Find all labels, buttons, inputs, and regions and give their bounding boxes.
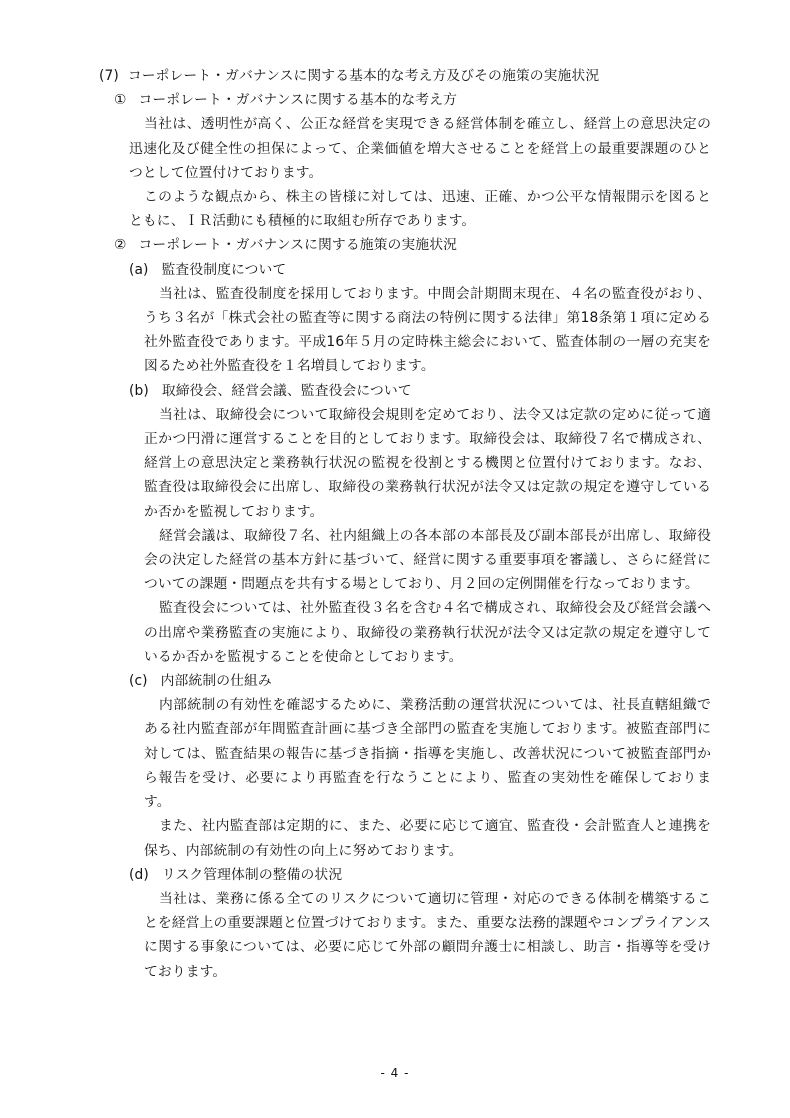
document-page: (7)コーポレート・ガバナンスに関する基本的な考え方及びその施策の実施状況①コー…: [0, 0, 790, 1118]
page-number: - 4 -: [0, 1066, 790, 1080]
para-basic-policy-1: 当社は、透明性が高く、公正な経営を実現できる経営体制を確立し、経営上の意思決定の…: [129, 112, 711, 185]
heading-circle2-implementation: ②コーポレート・ガバナンスに関する施策の実施状況: [114, 233, 711, 257]
heading-a-auditor-system: (a)監査役制度について: [129, 258, 711, 282]
document-body: (7)コーポレート・ガバナンスに関する基本的な考え方及びその施策の実施状況①コー…: [99, 64, 711, 984]
para-board-of-directors: 当社は、取締役会について取締役会規則を定めており、法令又は定款の定めに従って適正…: [144, 403, 711, 524]
para-risk-management: 当社は、業務に係る全てのリスクについて適切に管理・対応のできる体制を構築すること…: [144, 887, 711, 984]
section-label: (b): [129, 383, 149, 399]
section-label: ①: [114, 92, 126, 108]
section-label: (a): [129, 262, 149, 278]
heading-text: 監査役制度について: [162, 262, 287, 278]
section-label: (c): [129, 673, 148, 689]
heading-text: 内部統制の仕組み: [161, 673, 272, 689]
heading-b-board-meetings: (b)取締役会、経営会議、監査役会について: [129, 379, 711, 403]
heading-text: コーポレート・ガバナンスに関する施策の実施状況: [138, 237, 457, 253]
heading-text: コーポレート・ガバナンスに関する基本的な考え方: [138, 92, 457, 108]
heading-c-internal-control: (c)内部統制の仕組み: [129, 669, 711, 693]
heading-7-corporate-governance: (7)コーポレート・ガバナンスに関する基本的な考え方及びその施策の実施状況: [99, 64, 711, 88]
para-auditor-board: 監査役会については、社外監査役３名を含む４名で構成され、取締役会及び経営会議への…: [144, 596, 711, 669]
section-label: (7): [99, 68, 119, 84]
heading-text: コーポレート・ガバナンスに関する基本的な考え方及びその施策の実施状況: [128, 68, 599, 84]
para-auditor-system: 当社は、監査役制度を採用しております。中間会計期間末現在、４名の監査役がおり、う…: [144, 282, 711, 379]
heading-text: 取締役会、経営会議、監査役会について: [162, 383, 412, 399]
heading-d-risk-management: (d)リスク管理体制の整備の状況: [129, 863, 711, 887]
section-label: (d): [129, 867, 149, 883]
para-internal-control-1: 内部統制の有効性を確認するために、業務活動の運営状況については、社長直轄組織であ…: [144, 693, 711, 814]
section-label: ②: [114, 237, 126, 253]
heading-circle1-basic-policy: ①コーポレート・ガバナンスに関する基本的な考え方: [114, 88, 711, 112]
para-internal-control-2: また、社内監査部は定期的に、また、必要に応じて適宜、監査役・会計監査人と連携を保…: [144, 814, 711, 862]
para-basic-policy-2: このような観点から、株主の皆様に対しては、迅速、正確、かつ公平な情報開示を図ると…: [129, 185, 711, 233]
heading-text: リスク管理体制の整備の状況: [162, 867, 342, 883]
para-management-council: 経営会議は、取締役７名、社内組織上の各本部の本部長及び副本部長が出席し、取締役会…: [144, 524, 711, 597]
